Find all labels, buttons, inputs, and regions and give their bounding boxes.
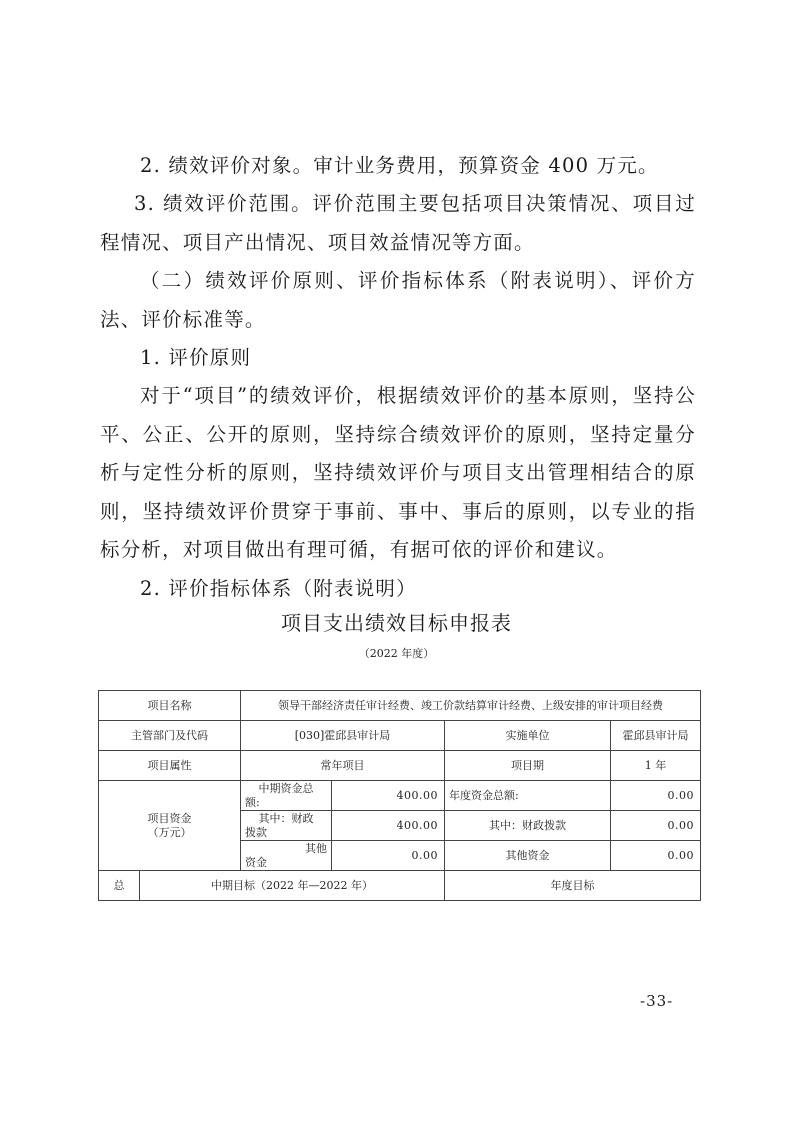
performance-target-table: 项目名称 领导干部经济责任审计经费、竣工价款结算审计经费、上级安排的审计项目经费…	[98, 690, 701, 901]
paragraph-principles-heading: （二）绩效评价原则、评价指标体系（附表说明）、评价方法、评价标准等。	[100, 262, 696, 339]
mid-total-label-b: 额:	[245, 796, 260, 809]
mid-fiscal-label-a: 其中：财政	[245, 812, 327, 826]
dept-value: [030]霍邱县审计局	[241, 721, 445, 751]
annual-fiscal-value: 0.00	[611, 811, 701, 841]
impl-unit-label: 实施单位	[445, 721, 611, 751]
mid-total-label: 中期资金总 额:	[241, 781, 332, 811]
mid-total-label-a: 中期资金总	[245, 782, 327, 796]
project-period-value: 1 年	[611, 751, 701, 781]
project-name-value: 领导干部经济责任审计经费、竣工价款结算审计经费、上级安排的审计项目经费	[241, 691, 701, 721]
annual-total-label: 年度资金总额:	[445, 781, 611, 811]
table-row: 项目属性 常年项目 项目期 1 年	[99, 751, 701, 781]
paragraph-evaluation-principles-body: 对于“项目”的绩效评价，根据绩效评价的基本原则，坚持公平、公正、公开的原则，坚持…	[100, 377, 696, 570]
mid-other-value: 0.00	[332, 841, 445, 871]
mid-other-label: 其他 资金	[241, 841, 332, 871]
paragraph-evaluation-scope: 3. 绩效评价范围。评价范围主要包括项目决策情况、项目过程情况、项目产出情况、项…	[100, 185, 696, 262]
table-row: 总 中期目标（2022 年—2022 年） 年度目标	[99, 871, 701, 901]
table-title: 项目支出绩效目标申报表	[0, 607, 793, 636]
mid-fiscal-label-b: 拨款	[245, 826, 267, 839]
paragraph-indicator-system: 2. 评价指标体系（附表说明）	[100, 570, 696, 609]
mid-fiscal-label: 其中：财政 拨款	[241, 811, 332, 841]
table-row: 项目资金 （万元） 中期资金总 额: 400.00 年度资金总额: 0.00	[99, 781, 701, 811]
annual-other-label: 其他资金	[445, 841, 611, 871]
mid-fiscal-value: 400.00	[332, 811, 445, 841]
table-row: 项目名称 领导干部经济责任审计经费、竣工价款结算审计经费、上级安排的审计项目经费	[99, 691, 701, 721]
table-row: 主管部门及代码 [030]霍邱县审计局 实施单位 霍邱县审计局	[99, 721, 701, 751]
annual-fiscal-label: 其中：财政拨款	[445, 811, 611, 841]
funds-label-line2: （万元）	[103, 826, 236, 840]
paragraph-evaluation-principles-title: 1. 评价原则	[100, 339, 696, 378]
overall-goal-prefix: 总	[99, 871, 140, 901]
annual-goal-label: 年度目标	[445, 871, 701, 901]
mid-term-goal-label: 中期目标（2022 年—2022 年）	[140, 871, 445, 901]
dept-label: 主管部门及代码	[99, 721, 241, 751]
mid-other-label-b: 资金	[245, 856, 267, 869]
page-number: -33-	[640, 992, 673, 1010]
mid-total-value: 400.00	[332, 781, 445, 811]
funds-label-line1: 项目资金	[103, 812, 236, 826]
project-period-label: 项目期	[445, 751, 611, 781]
paragraph-evaluation-object: 2. 绩效评价对象。审计业务费用，预算资金 400 万元。	[100, 147, 696, 186]
project-funds-label: 项目资金 （万元）	[99, 781, 241, 871]
mid-other-label-a: 其他	[245, 842, 327, 856]
project-attr-value: 常年项目	[241, 751, 445, 781]
impl-unit-value: 霍邱县审计局	[611, 721, 701, 751]
annual-other-value: 0.00	[611, 841, 701, 871]
project-attr-label: 项目属性	[99, 751, 241, 781]
annual-total-value: 0.00	[611, 781, 701, 811]
project-name-label: 项目名称	[99, 691, 241, 721]
table-subtitle: （2022 年度）	[0, 645, 793, 661]
